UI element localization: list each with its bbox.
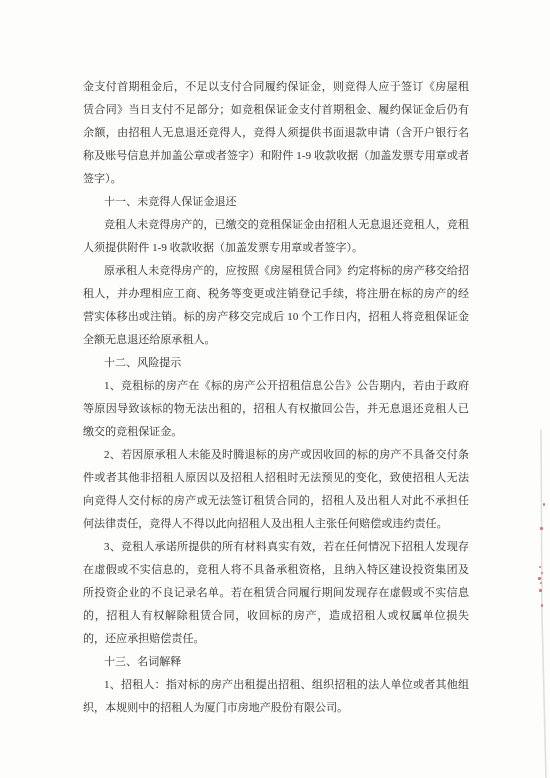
section-heading: 十三、名词解释 <box>83 651 469 674</box>
section-paragraph: 2、若因原承租人未能及时腾退标的房产或因收回的标的房产不具备交付条件或者其他非招… <box>83 444 469 536</box>
red-speck <box>538 577 541 580</box>
section-paragraph: 3、竞租人承诺所提供的所有材料真实有效，若在任何情况下招租人发现存在虚假或不实信… <box>83 536 469 651</box>
red-speck <box>543 503 545 506</box>
section-paragraph: 竞租人未竞得房产的，已缴交的竞租保证金由招租人无息退还竞租人，竞租人须提供附件 … <box>83 214 469 260</box>
red-speck <box>539 566 541 568</box>
red-speck <box>540 527 543 530</box>
sections-container: 十一、未竞得人保证金退还竞租人未竞得房产的，已缴交的竞租保证金由招租人无息退还竞… <box>83 191 469 720</box>
section-paragraph: 原承租人未竞得房产的，应按照《房屋租赁合同》约定将标的房产移交给招租人，并办理相… <box>83 260 469 352</box>
intro-paragraph: 金支付首期租金后，不足以支付合同履约保证金，则竞得人应于签订《房屋租赁合同》当日… <box>83 76 469 191</box>
section-paragraph: 1、竞租标的房产在《标的房产公开招租信息公告》公告期内，若由于政府等原因导致该标… <box>83 375 469 444</box>
document-page: 金支付首期租金后，不足以支付合同履约保证金，则竞得人应于签订《房屋租赁合同》当日… <box>0 0 550 778</box>
document-text: 金支付首期租金后，不足以支付合同履约保证金，则竞得人应于签订《房屋租赁合同》当日… <box>83 76 469 720</box>
red-speck <box>539 589 542 592</box>
red-speck <box>540 582 542 584</box>
section-heading: 十一、未竞得人保证金退还 <box>83 191 469 214</box>
red-speck <box>541 572 543 574</box>
section-paragraph: 1、招租人：指对标的房产出租提出招租、组织招租的法人单位或者其他组织，本规则中的… <box>83 674 469 720</box>
red-speck <box>541 604 543 607</box>
section-heading: 十二、风险提示 <box>83 352 469 375</box>
